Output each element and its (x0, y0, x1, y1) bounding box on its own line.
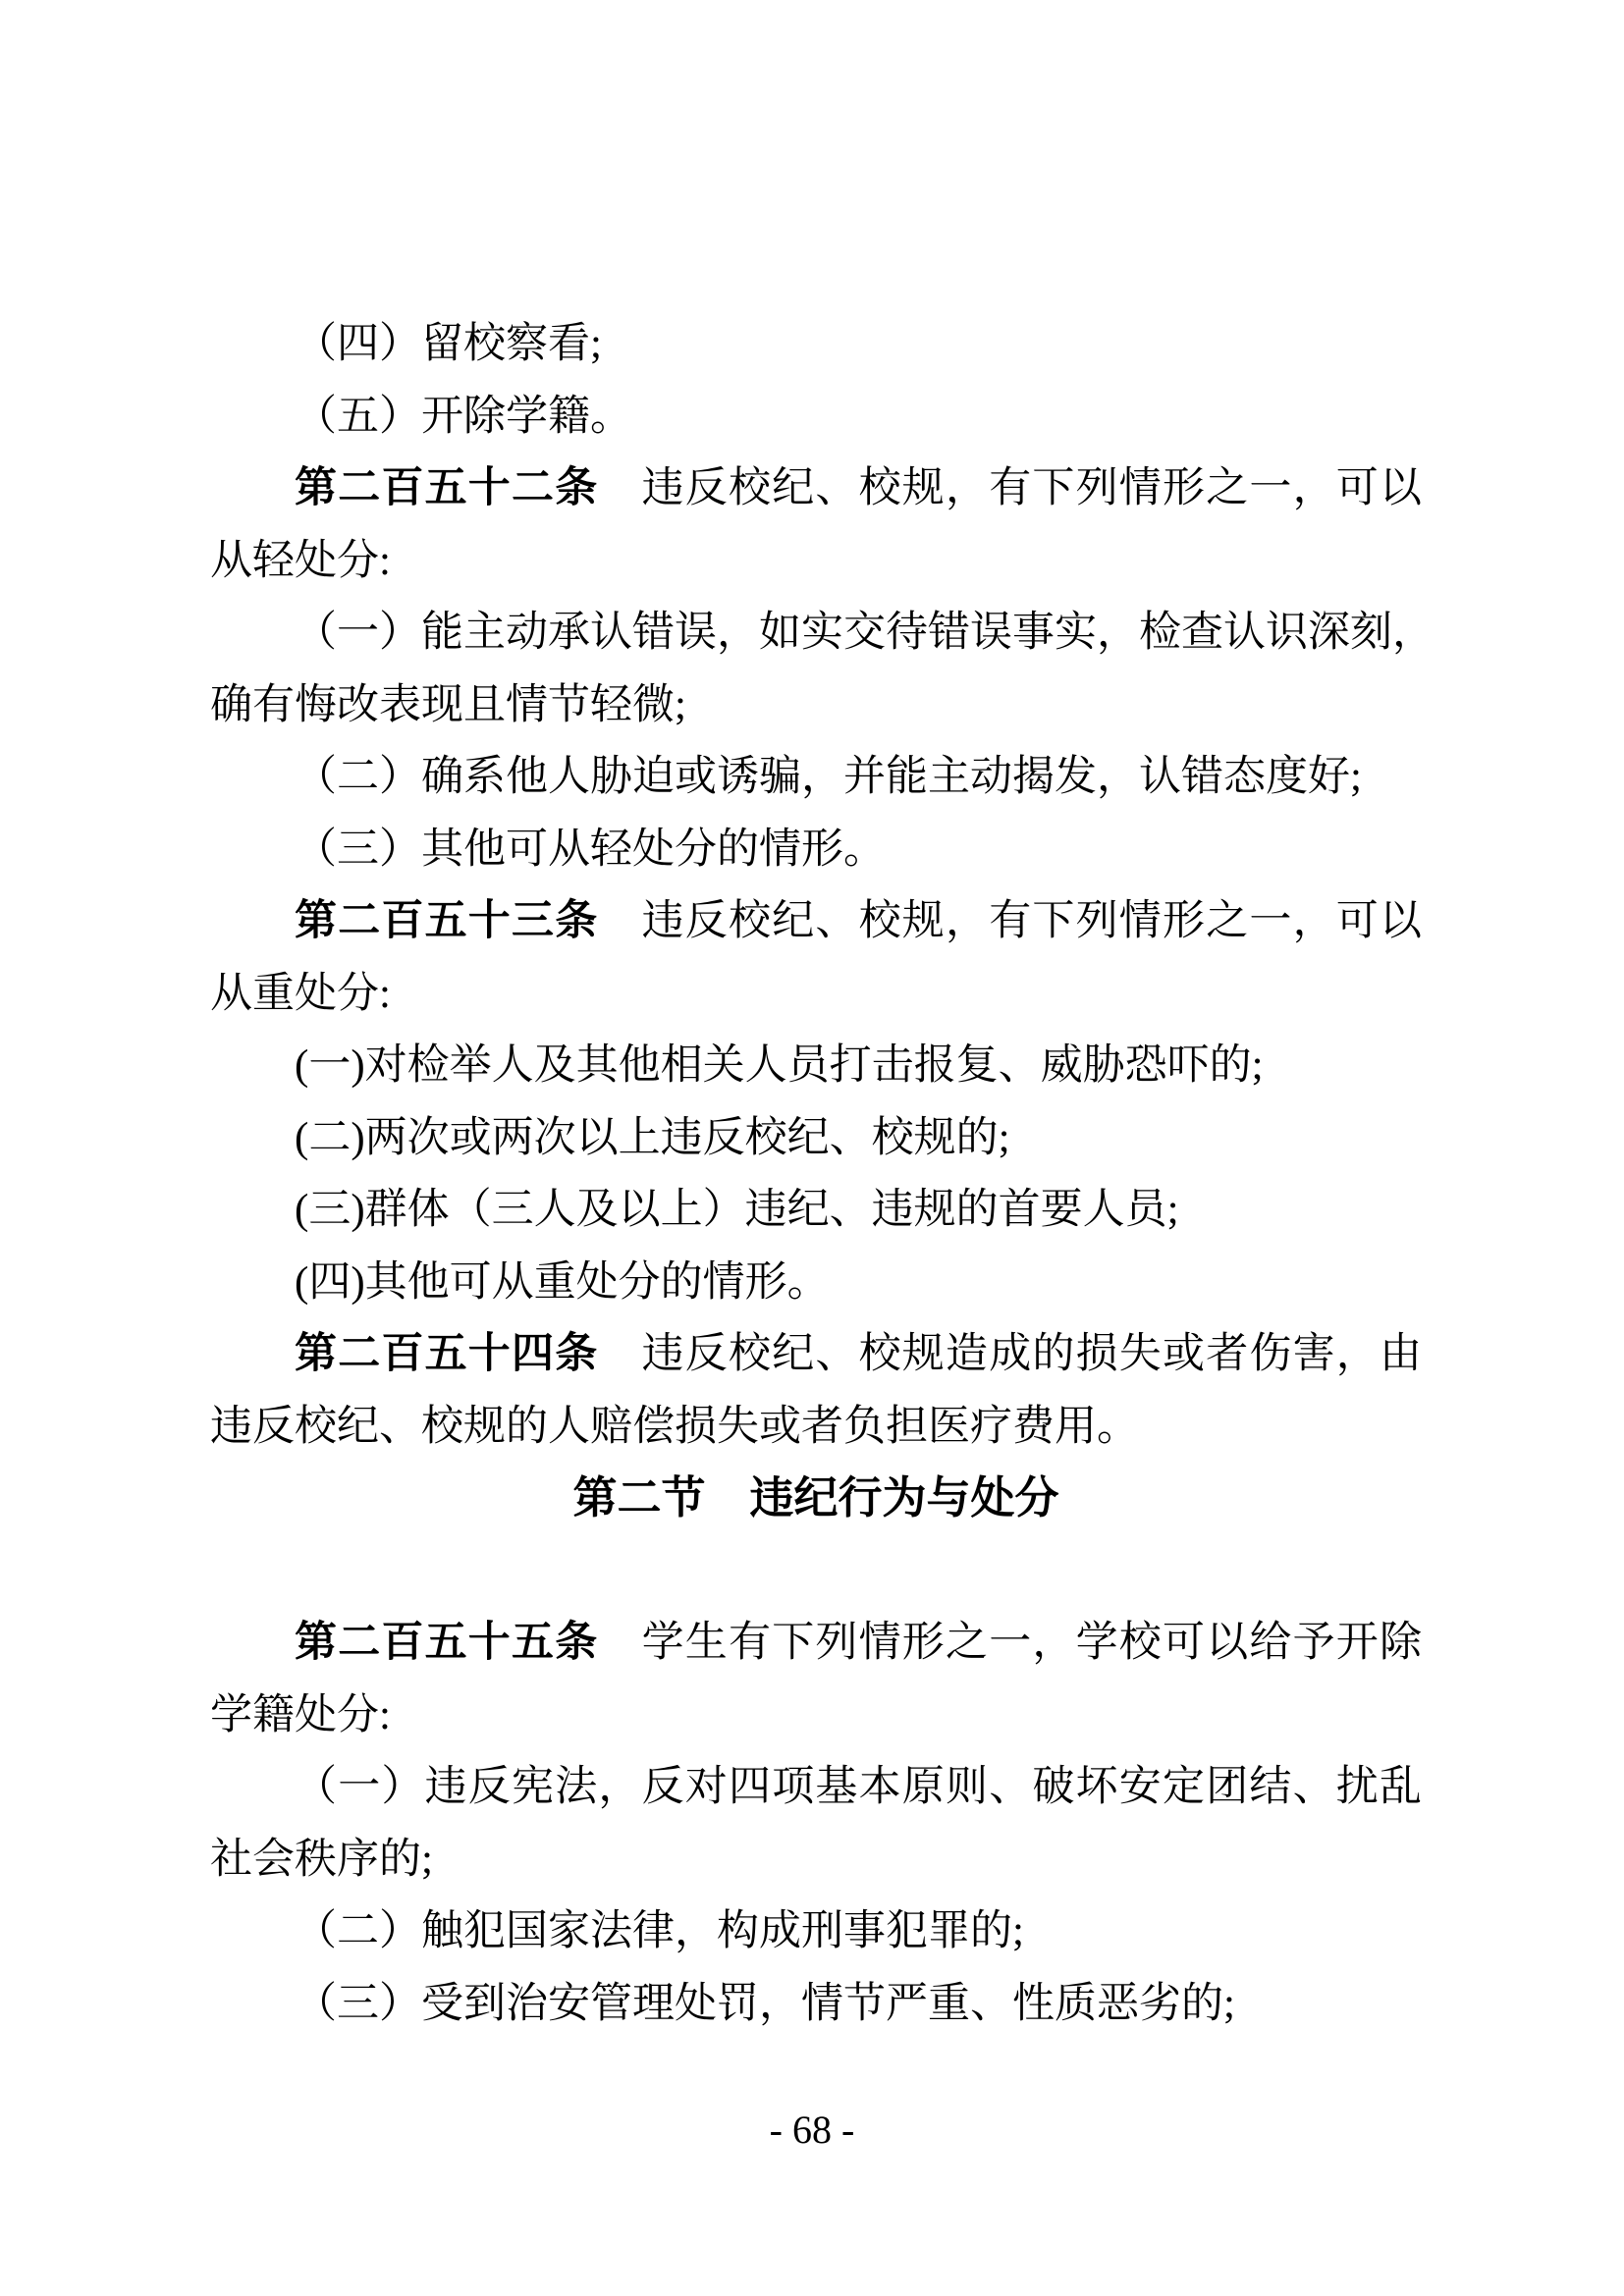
text-run: （一）违反宪法，反对四项基本原则、破坏安定团结、扰乱 (295, 1764, 1422, 1810)
text-line: （二）触犯国家法律，构成刑事犯罪的; (210, 1896, 1422, 1968)
text-run: (一)对检举人及其他相关人员打击报复、威胁恐吓的; (295, 1042, 1264, 1089)
text-run: （三）其他可从轻处分的情形。 (295, 827, 886, 873)
text-run: （四）留校察看; (295, 321, 602, 367)
text-run: 违反校纪、校规造成的损失或者伤害，由 (598, 1331, 1422, 1377)
text-line: （三）其他可从轻处分的情形。 (210, 814, 1422, 886)
text-run: （二）触犯国家法律，构成刑事犯罪的; (295, 1908, 1024, 1954)
text-line: 违反校纪、校规的人赔偿损失或者负担医疗费用。 (210, 1391, 1422, 1464)
text-line: 学籍处分: (210, 1680, 1422, 1752)
text-run: 从轻处分: (210, 538, 391, 584)
page-number: - 68 - (0, 2109, 1624, 2152)
text-run: 从重处分: (210, 971, 391, 1017)
article-number: 第二百五十三条 (295, 898, 598, 944)
text-run: (二)两次或两次以上违反校纪、校规的; (295, 1115, 1010, 1161)
text-line: 从重处分: (210, 958, 1422, 1031)
text-line: （二）确系他人胁迫或诱骗，并能主动揭发，认错态度好; (210, 741, 1422, 814)
section-heading: 第二节 违纪行为与处分 (210, 1463, 1422, 1535)
text-run: (三)群体（三人及以上）违纪、违规的首要人员; (295, 1187, 1179, 1233)
document-page: （四）留校察看;（五）开除学籍。第二百五十二条 违反校纪、校规，有下列情形之一，… (0, 0, 1624, 2296)
text-run: （三）受到治安管理处罚，情节严重、性质恶劣的; (295, 1981, 1235, 2027)
text-line: (一)对检举人及其他相关人员打击报复、威胁恐吓的; (210, 1030, 1422, 1102)
text-run: 违反校纪、校规的人赔偿损失或者负担医疗费用。 (210, 1404, 1139, 1450)
text-run: 违反校纪、校规，有下列情形之一，可以 (598, 898, 1422, 944)
blank-line (210, 1535, 1422, 1608)
text-line: (三)群体（三人及以上）违纪、违规的首要人员; (210, 1174, 1422, 1247)
text-line: （一）能主动承认错误，如实交待错误事实，检查认识深刻， (210, 597, 1422, 669)
text-run: 社会秩序的; (210, 1837, 433, 1883)
text-line: （四）留校察看; (210, 308, 1422, 381)
article-line: 第二百五十二条 违反校纪、校规，有下列情形之一，可以 (210, 453, 1422, 525)
text-line: 确有悔改表现且情节轻微; (210, 669, 1422, 742)
text-line: 社会秩序的; (210, 1824, 1422, 1896)
text-line: （五）开除学籍。 (210, 381, 1422, 454)
text-run: （五）开除学籍。 (295, 394, 632, 440)
article-line: 第二百五十五条 学生有下列情形之一，学校可以给予开除 (210, 1607, 1422, 1680)
text-run: 确有悔改表现且情节轻微; (210, 682, 686, 728)
text-run: 学生有下列情形之一，学校可以给予开除 (598, 1620, 1422, 1666)
article-number: 第二节 违纪行为与处分 (572, 1473, 1058, 1522)
text-line: （三）受到治安管理处罚，情节严重、性质恶劣的; (210, 1968, 1422, 2041)
article-number: 第二百五十二条 (295, 465, 598, 511)
article-number: 第二百五十四条 (295, 1331, 598, 1377)
document-body: （四）留校察看;（五）开除学籍。第二百五十二条 违反校纪、校规，有下列情形之一，… (210, 308, 1422, 2040)
text-line: (四)其他可从重处分的情形。 (210, 1247, 1422, 1319)
text-run: (四)其他可从重处分的情形。 (295, 1259, 830, 1306)
article-line: 第二百五十四条 违反校纪、校规造成的损失或者伤害，由 (210, 1318, 1422, 1391)
text-run: 违反校纪、校规，有下列情形之一，可以 (598, 465, 1422, 511)
text-line: 从轻处分: (210, 525, 1422, 598)
text-line: （一）违反宪法，反对四项基本原则、破坏安定团结、扰乱 (210, 1751, 1422, 1824)
text-run: （二）确系他人胁迫或诱骗，并能主动揭发，认错态度好; (295, 754, 1362, 800)
article-number: 第二百五十五条 (295, 1620, 598, 1666)
article-line: 第二百五十三条 违反校纪、校规，有下列情形之一，可以 (210, 885, 1422, 958)
text-run: 学籍处分: (210, 1692, 391, 1738)
text-line: (二)两次或两次以上违反校纪、校规的; (210, 1102, 1422, 1175)
text-run: （一）能主动承认错误，如实交待错误事实，检查认识深刻， (295, 610, 1435, 656)
